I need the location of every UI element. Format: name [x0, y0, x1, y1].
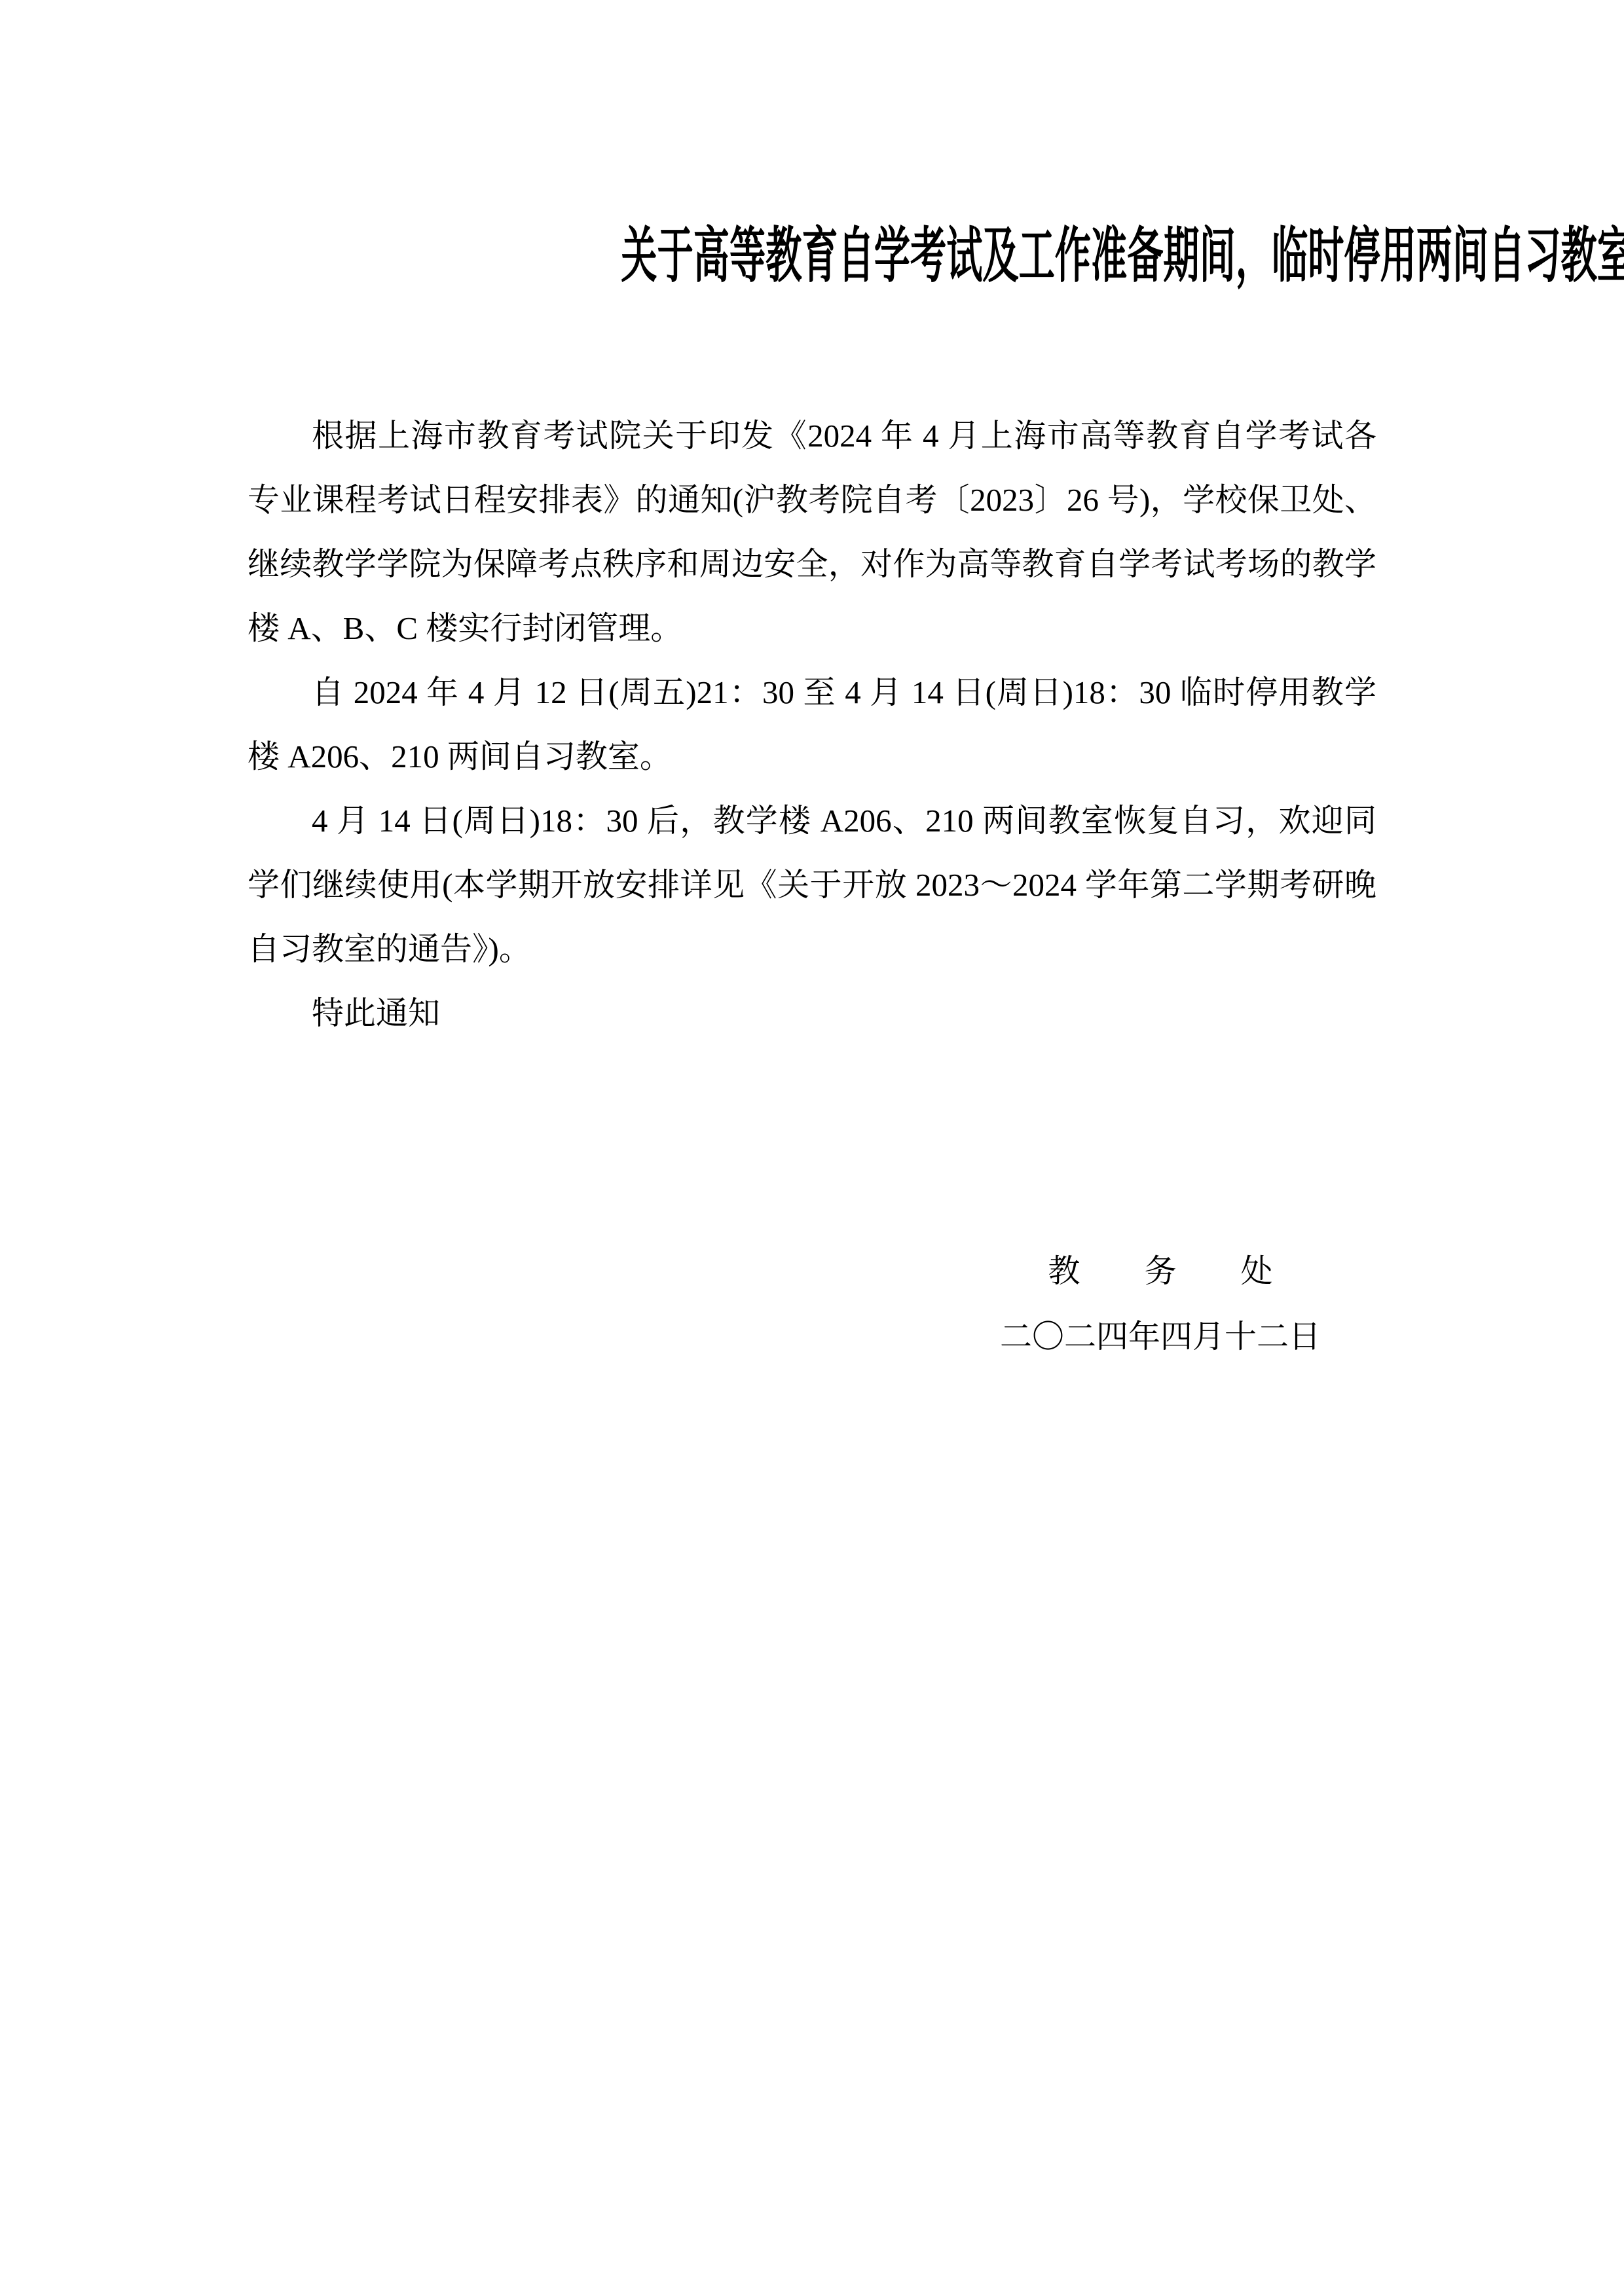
signature-block: 教 务 处 二〇二四年四月十二日 — [944, 1239, 1376, 1370]
signature-date: 二〇二四年四月十二日 — [944, 1304, 1376, 1370]
paragraph-exam-basis: 根据上海市教育考试院关于印发《2024 年 4 月上海市高等教育自学考试各专业课… — [248, 404, 1376, 661]
paragraph-closure-period: 自 2024 年 4 月 12 日(周五)21：30 至 4 月 14 日(周日… — [248, 661, 1376, 789]
paragraph-hereby-notice: 特此通知 — [248, 981, 1376, 1046]
notice-content: 关于高等教育自学考试及工作准备期间，临时停用两间自习教室的通知 根据上海市教育考… — [248, 0, 1376, 1370]
page-title-text: 关于高等教育自学考试及工作准备期间，临时停用两间自习教室的通知 — [621, 213, 1624, 299]
page-title: 关于高等教育自学考试及工作准备期间，临时停用两间自习教室的通知 — [248, 213, 1376, 299]
notice-page: 关于高等教育自学考试及工作准备期间，临时停用两间自习教室的通知 根据上海市教育考… — [0, 0, 1624, 2296]
signature-department: 教 务 处 — [944, 1239, 1376, 1304]
paragraph-reopen-info: 4 月 14 日(周日)18：30 后，教学楼 A206、210 两间教室恢复自… — [248, 789, 1376, 981]
